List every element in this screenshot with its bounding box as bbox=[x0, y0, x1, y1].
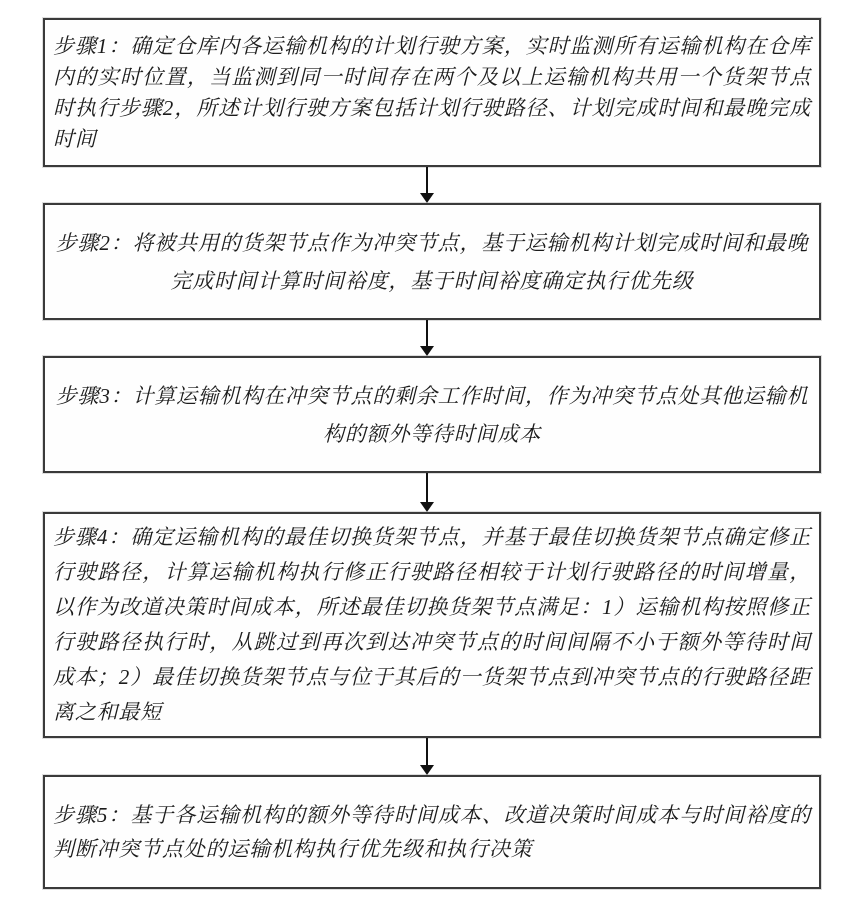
arrow-down-icon bbox=[420, 346, 434, 356]
flowchart-step-5-text: 步骤5：基于各运输机构的额外等待时间成本、改道决策时间成本与时间裕度的判断冲突节… bbox=[53, 798, 811, 866]
flow-arrow-3-to-4 bbox=[420, 473, 434, 512]
flowchart-step-1-text: 步骤1：确定仓库内各运输机构的计划行驶方案，实时监测所有运输机构在仓库内的实时位… bbox=[53, 31, 811, 155]
flow-arrow-4-to-5 bbox=[420, 738, 434, 775]
flowchart-step-3-text: 步骤3：计算运输机构在冲突节点的剩余工作时间，作为冲突节点处其他运输机构的额外等… bbox=[53, 377, 811, 453]
flowchart-step-3-box: 步骤3：计算运输机构在冲突节点的剩余工作时间，作为冲突节点处其他运输机构的额外等… bbox=[43, 356, 821, 473]
arrow-shaft bbox=[426, 473, 428, 504]
flow-arrow-2-to-3 bbox=[420, 320, 434, 356]
flowchart-step-2-text: 步骤2：将被共用的货架节点作为冲突节点，基于运输机构计划完成时间和最晚完成时间计… bbox=[53, 224, 811, 300]
flow-arrow-1-to-2 bbox=[420, 167, 434, 203]
flowchart-step-1-box: 步骤1：确定仓库内各运输机构的计划行驶方案，实时监测所有运输机构在仓库内的实时位… bbox=[43, 18, 821, 167]
arrow-down-icon bbox=[420, 765, 434, 775]
arrow-shaft bbox=[426, 167, 428, 195]
flowchart-step-4-box: 步骤4：确定运输机构的最佳切换货架节点，并基于最佳切换货架节点确定修正行驶路径，… bbox=[43, 512, 821, 738]
arrow-down-icon bbox=[420, 193, 434, 203]
flowchart-step-4-text: 步骤4：确定运输机构的最佳切换货架节点，并基于最佳切换货架节点确定修正行驶路径，… bbox=[53, 520, 811, 730]
arrow-down-icon bbox=[420, 502, 434, 512]
arrow-shaft bbox=[426, 320, 428, 348]
flowchart-step-5-box: 步骤5：基于各运输机构的额外等待时间成本、改道决策时间成本与时间裕度的判断冲突节… bbox=[43, 775, 821, 889]
arrow-shaft bbox=[426, 738, 428, 767]
flowchart-figure: 步骤1：确定仓库内各运输机构的计划行驶方案，实时监测所有运输机构在仓库内的实时位… bbox=[0, 0, 862, 911]
flowchart-step-2-box: 步骤2：将被共用的货架节点作为冲突节点，基于运输机构计划完成时间和最晚完成时间计… bbox=[43, 203, 821, 320]
